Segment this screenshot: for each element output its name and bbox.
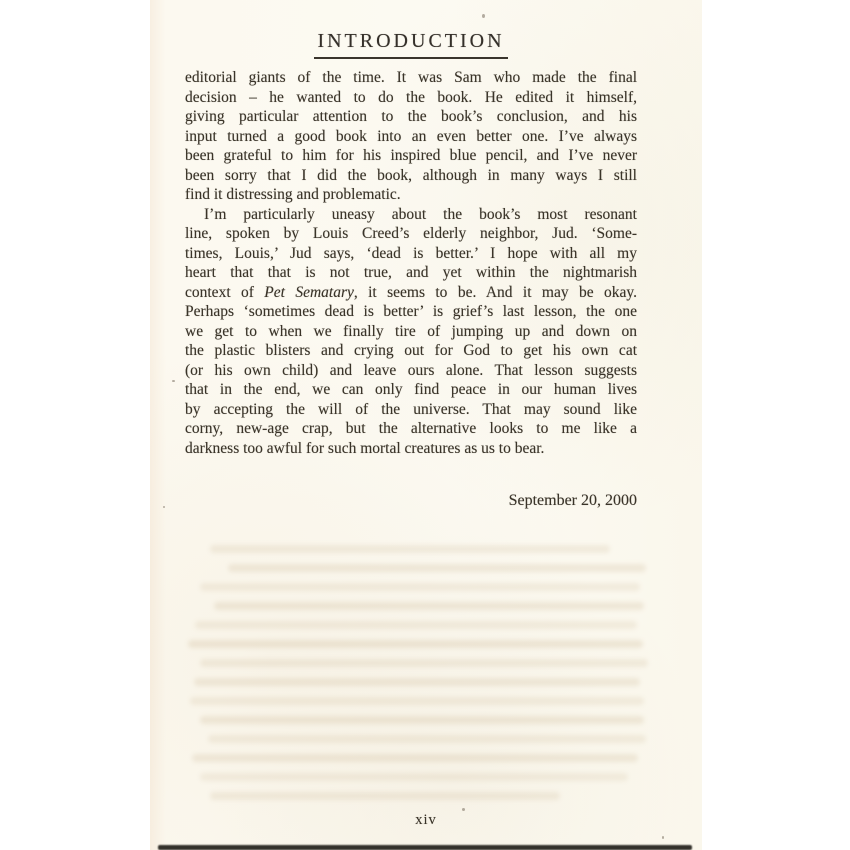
scan-speck (662, 836, 664, 839)
bleedthrough-line (200, 583, 640, 591)
bleedthrough-line (200, 773, 628, 781)
bleedthrough-line (208, 735, 646, 743)
scan-speck (482, 14, 485, 18)
chapter-heading-text: INTRODUCTION (314, 30, 507, 59)
text-line: find it distressing and problematic. (185, 185, 637, 205)
page-number: xiv (150, 812, 702, 829)
bleedthrough-line (210, 545, 610, 553)
text-line: the plastic blisters and crying out for … (185, 341, 637, 361)
text-line: been sorry that I did the book, although… (185, 166, 637, 186)
text-line: giving particular attention to the book’… (185, 107, 637, 127)
bleedthrough-line (195, 621, 637, 629)
text-line: darkness too awful for such mortal creat… (185, 439, 637, 459)
chapter-heading: INTRODUCTION (185, 30, 637, 59)
text-line: times, Louis,’ Jud says, ‘dead is better… (185, 244, 637, 264)
scan-speck (163, 506, 165, 508)
scan-speck (172, 380, 175, 382)
scan-speck (462, 808, 465, 811)
text-line: that in the end, we can only find peace … (185, 380, 637, 400)
text-line: input turned a good book into an even be… (185, 127, 637, 147)
text-line: editorial giants of the time. It was Sam… (185, 68, 637, 88)
bleedthrough-line (194, 678, 640, 686)
scanned-page: INTRODUCTION editorial giants of the tim… (150, 0, 702, 850)
text-line: (or his own child) and leave ours alone.… (185, 361, 637, 381)
text-line: been grateful to him for his inspired bl… (185, 146, 637, 166)
bleedthrough-line (200, 659, 648, 667)
bleedthrough-line (210, 792, 560, 800)
body-text: editorial giants of the time. It was Sam… (185, 68, 637, 458)
bleedthrough-line (228, 564, 646, 572)
text-line: I’m particularly uneasy about the book’s… (185, 205, 637, 225)
text-line: heart that that is not true, and yet wit… (185, 263, 637, 283)
date-line: September 20, 2000 (185, 492, 637, 510)
text-line: context of Pet Sematary, it seems to be.… (185, 283, 637, 303)
text-line: Perhaps ‘sometimes dead is better’ is gr… (185, 302, 637, 322)
text-line: line, spoken by Louis Creed’s elderly ne… (185, 224, 637, 244)
bleedthrough-line (188, 640, 643, 648)
text-line: by accepting the will of the universe. T… (185, 400, 637, 420)
text-line: decision – he wanted to do the book. He … (185, 88, 637, 108)
bleedthrough-line (200, 716, 644, 724)
bleedthrough-line (214, 602, 644, 610)
text-line: we get to when we finally tire of jumpin… (185, 322, 637, 342)
bleedthrough-line (190, 697, 644, 705)
text-line: corny, new-age crap, but the alternative… (185, 419, 637, 439)
bleedthrough-line (192, 754, 638, 762)
page-edge-shadow (158, 845, 692, 850)
